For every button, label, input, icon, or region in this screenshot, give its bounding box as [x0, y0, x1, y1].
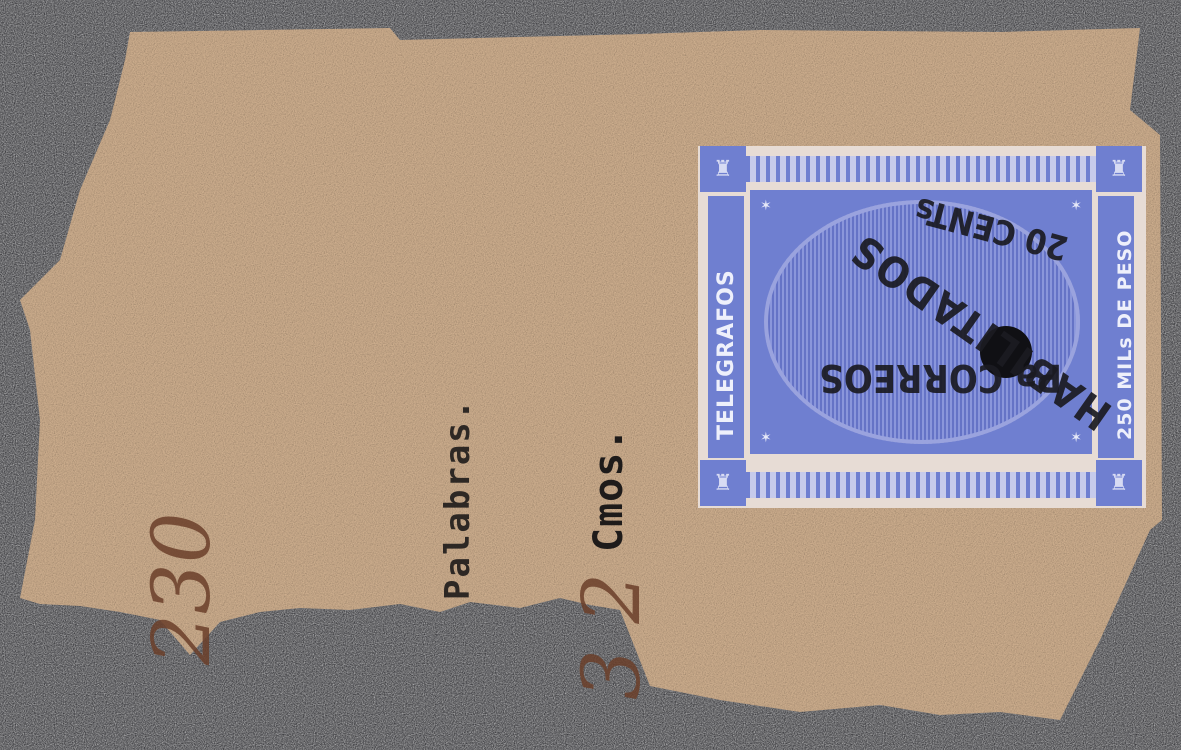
castle-lion-corner-icon: ♜ [1096, 460, 1142, 506]
castle-lion-corner-icon: ♜ [1096, 146, 1142, 192]
stamp-label-value: 250 MILs DE PESO [1114, 230, 1136, 440]
photo-scene: 230 3 2 Palabras. Cmos. ♜ ♜ ♜ ♜ ✶ ✶ ✶ ✶ … [0, 0, 1181, 750]
stamp-label-telegrafos: TELEGRAFOS [714, 269, 739, 440]
handwritten-number-left: 230 [135, 512, 228, 665]
stamp-ornament-bottom [746, 472, 1096, 498]
star-icon: ✶ [760, 198, 772, 214]
castle-lion-corner-icon: ♜ [700, 146, 746, 192]
star-icon: ✶ [1070, 198, 1082, 214]
castle-lion-corner-icon: ♜ [700, 460, 746, 506]
handwritten-number-right: 3 2 [565, 573, 658, 700]
stamp-ornament-top [746, 156, 1096, 182]
telegraph-stamp: ♜ ♜ ♜ ♜ ✶ ✶ ✶ ✶ TELEGRAFOS 250 MILs DE P… [690, 140, 1152, 528]
printed-text-cmos: Cmos. [586, 427, 632, 552]
printed-text-palabras: Palabras. [438, 398, 478, 600]
star-icon: ✶ [760, 430, 772, 446]
